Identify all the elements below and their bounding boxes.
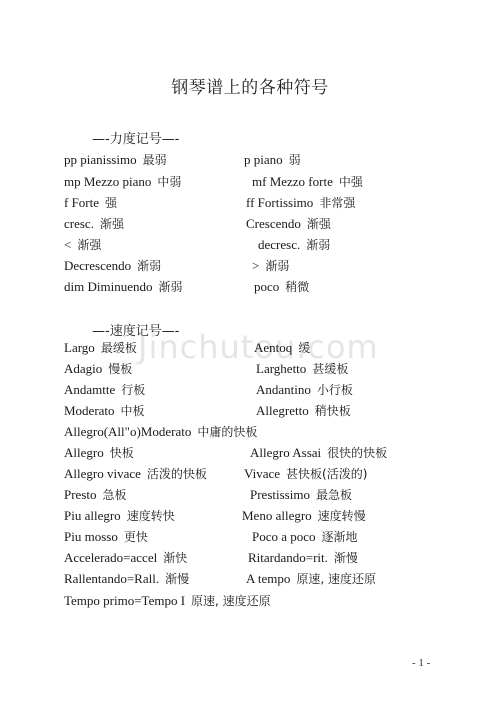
term-en: decresc. [258, 237, 300, 252]
term-zh: 最弱 [143, 153, 167, 167]
term-zh: 渐强 [100, 217, 124, 231]
term-zh: 更快 [124, 530, 148, 544]
tempo-left-10: Accelerado=accel渐快 [64, 550, 187, 566]
term-zh: 非常强 [319, 196, 355, 210]
page-title: 钢琴谱上的各种符号 [0, 73, 500, 98]
term-zh: 活泼的快板 [147, 467, 207, 481]
dynamics-right-2: ff Fortissimo非常强 [246, 195, 355, 211]
term-zh: 渐强 [77, 238, 101, 252]
term-en: Andamtte [64, 382, 115, 397]
term-zh: 缓 [298, 341, 310, 355]
dynamics-left-2: f Forte强 [64, 195, 117, 211]
dynamics-right-0: p piano弱 [244, 152, 301, 168]
term-zh: 渐弱 [158, 280, 182, 294]
dynamics-right-4: decresc.渐弱 [258, 237, 330, 253]
term-zh: 中强 [339, 175, 363, 189]
tempo-right-3: Allegretto稍快板 [256, 403, 351, 419]
term-en: pp pianissimo [64, 152, 137, 167]
term-zh: 中庸的快板 [197, 425, 257, 439]
dynamics-left-0: pp pianissimo最弱 [64, 152, 167, 168]
term-en: < [64, 237, 71, 252]
tempo-left-3: Moderato中板 [64, 403, 145, 419]
term-en: Piu allegro [64, 508, 121, 523]
term-en: f Forte [64, 195, 99, 210]
term-zh: 速度转慢 [318, 509, 366, 523]
term-zh: 原速, 速度还原 [191, 594, 271, 608]
term-zh: 稍微 [285, 280, 309, 294]
tempo-right-1: Larghetto甚缓板 [256, 361, 348, 377]
tempo-full-4: Allegro(All"o)Moderato中庸的快板 [64, 424, 257, 440]
tempo-right-8: Meno allegro速度转慢 [242, 508, 366, 524]
dynamics-right-1: mf Mezzo forte中强 [252, 174, 363, 190]
term-en: A tempo [246, 571, 290, 586]
tempo-right-0: Aentoq缓 [254, 340, 310, 356]
dynamics-right-6: poco稍微 [254, 279, 309, 295]
dynamics-right-3: Crescendo渐强 [246, 216, 331, 232]
tempo-right-5: Allegro Assai很快的快板 [250, 445, 387, 461]
term-en: Aentoq [254, 340, 292, 355]
tempo-left-6: Allegro vivace活泼的快板 [64, 466, 207, 482]
tempo-left-0: Largo最缓板 [64, 340, 137, 356]
term-en: Poco a poco [252, 529, 316, 544]
term-en: Accelerado=accel [64, 550, 157, 565]
term-en: Allegretto [256, 403, 309, 418]
term-zh: 甚快板(活泼的) [286, 467, 367, 481]
dynamics-left-6: dim Diminuendo渐弱 [64, 279, 182, 295]
dynamics-left-1: mp Mezzo piano中弱 [64, 174, 181, 190]
term-zh: 很快的快板 [327, 446, 387, 460]
tempo-right-6: Vivace甚快板(活泼的) [244, 466, 367, 482]
tempo-right-10: Ritardando=rit.渐慢 [248, 550, 358, 566]
tempo-left-1: Adagio慢板 [64, 361, 132, 377]
tempo-right-2: Andantino小行板 [256, 382, 353, 398]
term-en: Adagio [64, 361, 102, 376]
term-zh: 慢板 [108, 362, 132, 376]
tempo-left-8: Piu allegro速度转快 [64, 508, 175, 524]
tempo-left-11: Rallentando=Rall.渐慢 [64, 571, 189, 587]
term-en: Presto [64, 487, 97, 502]
dynamics-heading: —-力度记号—- [92, 128, 179, 147]
term-zh: 稍快板 [315, 404, 351, 418]
term-zh: 渐强 [307, 217, 331, 231]
term-zh: 渐弱 [265, 259, 289, 273]
term-en: Ritardando=rit. [248, 550, 328, 565]
tempo-right-11: A tempo原速, 速度还原 [246, 571, 376, 587]
term-en: Andantino [256, 382, 311, 397]
term-zh: 原速, 速度还原 [296, 572, 376, 586]
term-en: Rallentando=Rall. [64, 571, 159, 586]
term-en: Allegro Assai [250, 445, 321, 460]
dynamics-left-4: <渐强 [64, 237, 101, 253]
term-zh: 渐慢 [165, 572, 189, 586]
tempo-left-5: Allegro快板 [64, 445, 134, 461]
page-number: - 1 - [412, 657, 430, 669]
term-en: Prestissimo [250, 487, 310, 502]
term-zh: 急板 [103, 488, 127, 502]
dynamics-right-5: >渐弱 [252, 258, 289, 274]
term-zh: 中弱 [157, 175, 181, 189]
tempo-left-7: Presto急板 [64, 487, 127, 503]
term-en: Largo [64, 340, 95, 355]
term-en: Piu mosso [64, 529, 118, 544]
term-en: mf Mezzo forte [252, 174, 333, 189]
term-en: Decrescendo [64, 258, 131, 273]
term-zh: 最缓板 [101, 341, 137, 355]
term-en: Larghetto [256, 361, 306, 376]
term-zh: 行板 [121, 383, 145, 397]
term-zh: 快板 [110, 446, 134, 460]
tempo-left-2: Andamtte行板 [64, 382, 145, 398]
term-en: Allegro(All"o)Moderato [64, 424, 191, 439]
term-zh: 中板 [121, 404, 145, 418]
term-en: p piano [244, 152, 283, 167]
term-zh: 渐慢 [334, 551, 358, 565]
term-en: Allegro vivace [64, 466, 141, 481]
tempo-right-9: Poco a poco逐渐地 [252, 529, 358, 545]
term-en: dim Diminuendo [64, 279, 152, 294]
term-en: Crescendo [246, 216, 301, 231]
term-en: cresc. [64, 216, 94, 231]
term-en: Meno allegro [242, 508, 312, 523]
tempo-left-9: Piu mosso更快 [64, 529, 148, 545]
term-zh: 弱 [289, 153, 301, 167]
term-en: Moderato [64, 403, 115, 418]
term-zh: 强 [105, 196, 117, 210]
term-en: ff Fortissimo [246, 195, 313, 210]
term-en: Vivace [244, 466, 280, 481]
term-zh: 逐渐地 [322, 530, 358, 544]
tempo-right-7: Prestissimo最急板 [250, 487, 352, 503]
term-en: > [252, 258, 259, 273]
term-zh: 小行板 [317, 383, 353, 397]
term-zh: 渐弱 [137, 259, 161, 273]
tempo-full-12: Tempo primo=Tempo I原速, 速度还原 [64, 593, 271, 609]
term-en: poco [254, 279, 279, 294]
term-zh: 甚缓板 [312, 362, 348, 376]
term-en: Tempo primo=Tempo I [64, 593, 185, 608]
term-en: Allegro [64, 445, 104, 460]
term-zh: 渐快 [163, 551, 187, 565]
term-zh: 速度转快 [127, 509, 175, 523]
term-zh: 最急板 [316, 488, 352, 502]
tempo-heading: —-速度记号—- [92, 320, 179, 339]
dynamics-left-3: cresc.渐强 [64, 216, 124, 232]
dynamics-left-5: Decrescendo渐弱 [64, 258, 161, 274]
term-zh: 渐弱 [306, 238, 330, 252]
term-en: mp Mezzo piano [64, 174, 151, 189]
